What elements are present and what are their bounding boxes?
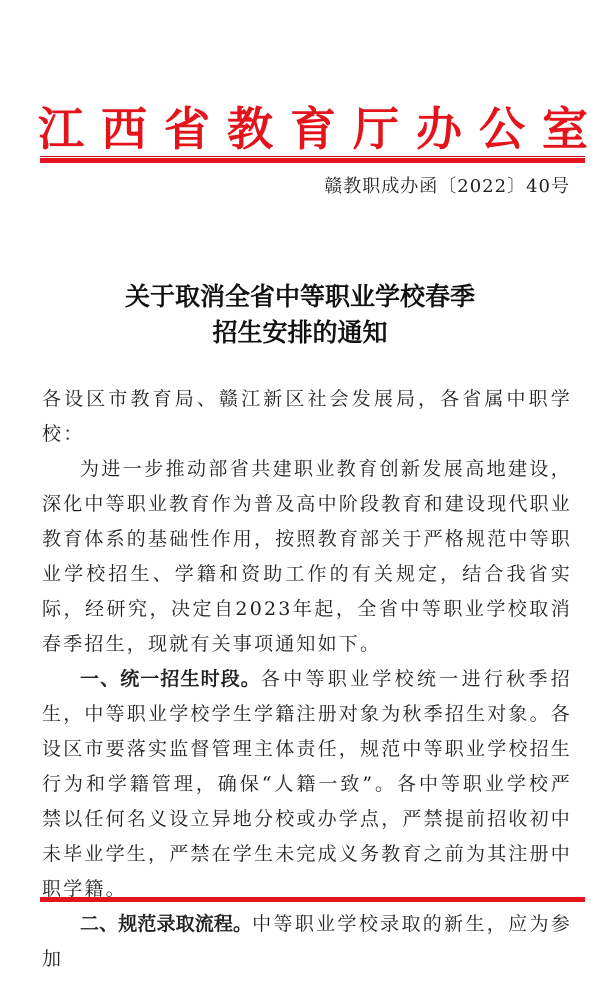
org-char: 省 [164, 93, 210, 159]
header-divider-thin [40, 156, 585, 157]
org-char: 江 [38, 93, 84, 159]
document-body: 各设区市教育局、赣江新区社会发展局，各省属中职学校： 为进一步推动部省共建职业教… [42, 382, 572, 977]
section-2-paragraph: 二、规范录取流程。中等职业学校录取的新生，应为参加 [42, 907, 572, 977]
document-page: 江 西 省 教 育 厅 办 公 室 赣教职成办函〔2022〕40号 关于取消全省… [0, 0, 600, 999]
org-char: 西 [101, 93, 147, 159]
org-char: 教 [227, 93, 273, 159]
section-1-heading: 一、统一招生时段。 [80, 668, 261, 690]
salutation: 各设区市教育局、赣江新区社会发展局，各省属中职学校： [42, 382, 572, 452]
org-char: 室 [542, 93, 588, 159]
document-title-line-1: 关于取消全省中等职业学校春季 [0, 277, 600, 313]
org-char: 厅 [353, 93, 399, 159]
document-number: 赣教职成办函〔2022〕40号 [324, 172, 570, 198]
issuing-organization-title: 江 西 省 教 育 厅 办 公 室 [38, 96, 588, 156]
section-1-paragraph: 一、统一招生时段。各中等职业学校统一进行秋季招生，中等职业学校学生学籍注册对象为… [42, 662, 572, 907]
org-char: 公 [479, 93, 525, 159]
document-title-line-2: 招生安排的通知 [0, 313, 600, 349]
footer-divider [40, 897, 585, 902]
org-char: 办 [416, 93, 462, 159]
section-1-text: 各中等职业学校统一进行秋季招生，中等职业学校学生学籍注册对象为秋季招生对象。各设… [42, 668, 572, 900]
section-2-heading: 二、规范录取流程。 [80, 913, 252, 935]
intro-paragraph: 为进一步推动部省共建职业教育创新发展高地建设，深化中等职业教育作为普及高中阶段教… [42, 452, 572, 662]
org-char: 育 [290, 93, 336, 159]
header-divider [40, 158, 585, 163]
